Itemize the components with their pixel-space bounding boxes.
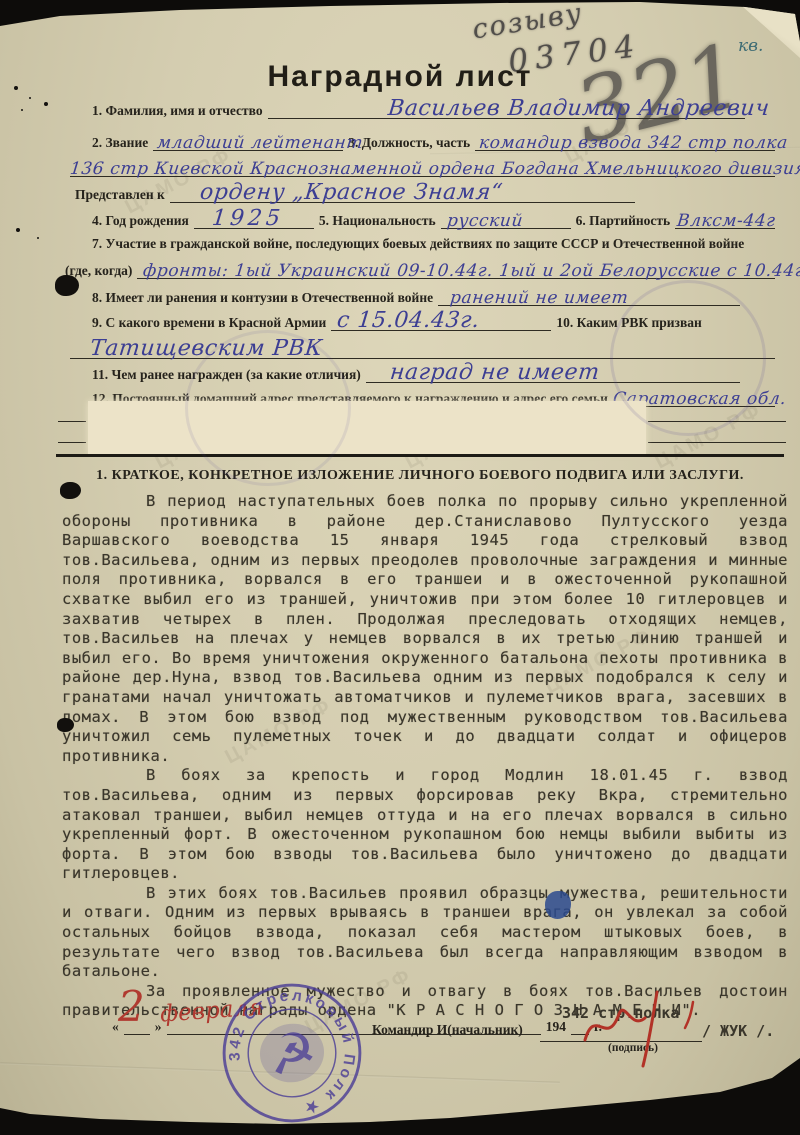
- field-label-war-participation: 7. Участие в гражданской войне, последую…: [92, 236, 778, 252]
- blank-line: [58, 420, 86, 422]
- award-citation-text: В период наступательных боев полка по пр…: [62, 492, 788, 1021]
- field-line: Влксм-44г: [675, 208, 775, 229]
- field-line: 136 стр Киевской Краснознаменной ордена …: [70, 156, 775, 177]
- form-row-fronts: (где, когда) фронты: 1ый Украинский 09-1…: [65, 258, 780, 279]
- handwritten-previous-awards: наград не имеет: [388, 360, 600, 385]
- field-label: 6. Партийность: [576, 213, 671, 229]
- handwritten-wounds: ранений не имеет: [449, 288, 629, 308]
- punch-hole: [57, 718, 74, 732]
- form-row-rank-position: 2. Звание младший лейтенант 3. Должность…: [92, 130, 780, 151]
- field-line: [124, 1014, 150, 1035]
- field-line: с 15.04.43г.: [331, 310, 551, 331]
- field-line: ордену „Красное Знамя“: [170, 182, 635, 203]
- handwritten-position: командир взвода 342 стр полка: [478, 133, 789, 153]
- ink-specks: [14, 86, 18, 90]
- form-row-division: 136 стр Киевской Краснознаменной ордена …: [65, 156, 780, 177]
- handwritten-name: Васильев Владимир Андреевич: [386, 96, 770, 121]
- handwritten-division: 136 стр Киевской Краснознаменной ордена …: [69, 159, 800, 179]
- faint-stamp-circle: [610, 280, 766, 436]
- blank-line: [648, 441, 786, 443]
- form-row-birth-nationality-party: 4. Год рождения 1925 5. Национальность р…: [92, 208, 780, 229]
- section-divider-rule: [56, 454, 784, 457]
- form-row-name: 1. Фамилия, имя и отчество Васильев Влад…: [92, 98, 750, 119]
- redacted-address-area: [88, 401, 646, 454]
- field-label: 8. Имеет ли ранения и контузии в Отечест…: [92, 290, 433, 306]
- quote-open: «: [112, 1019, 119, 1035]
- handwritten-fronts: фронты: 1ый Украинский 09-10.44г. 1ый и …: [142, 261, 800, 281]
- punch-hole: [55, 275, 79, 296]
- field-label: 3. Должность, часть: [348, 135, 470, 151]
- quote-close: »: [155, 1019, 162, 1035]
- field-line: фронты: 1ый Украинский 09-10.44г. 1ый и …: [137, 258, 775, 279]
- field-line: командир взвода 342 стр полка: [475, 130, 775, 151]
- handwritten-birth-year: 1925: [211, 206, 286, 231]
- award-paragraph: В период наступательных боев полка по пр…: [62, 492, 788, 766]
- hammer-and-sickle-icon: ☭: [263, 1020, 321, 1087]
- field-line: русский: [441, 208, 571, 229]
- document-title: Наградной лист: [0, 60, 800, 94]
- field-label: Представлен к: [75, 187, 165, 203]
- handwritten-service-date: с 15.04.43г.: [336, 308, 481, 333]
- field-label: 9. С какого времени в Красной Армии: [92, 315, 326, 331]
- commander-label: Командир И(начальник): [372, 1022, 523, 1038]
- signature-scribble: [575, 988, 715, 1078]
- award-paragraph: В этих боях тов.Васильев проявил образцы…: [62, 884, 788, 982]
- paper-sheet: ЦАМО РФ ЦАМО РФ ЦАМО РФ ЦАМО РФ ЦАМО РФ …: [0, 0, 800, 1135]
- award-sheet-document: ЦАМО РФ ЦАМО РФ ЦАМО РФ ЦАМО РФ ЦАМО РФ …: [0, 0, 800, 1135]
- handwritten-award: ордену „Красное Знамя“: [198, 180, 503, 205]
- blank-line: [58, 441, 86, 443]
- field-label: 4. Год рождения: [92, 213, 189, 229]
- faint-stamp-circle: [185, 330, 351, 486]
- field-line: Васильев Владимир Андреевич: [268, 98, 745, 119]
- handwritten-nationality: русский: [446, 211, 524, 231]
- handwritten-party: Влксм-44г: [676, 211, 777, 231]
- field-label: (где, когда): [65, 263, 132, 279]
- field-line: 1925: [194, 208, 314, 229]
- field-label: 1. Фамилия, имя и отчество: [92, 103, 263, 119]
- award-paragraph: В боях за крепость и город Модлин 18.01.…: [62, 766, 788, 884]
- field-line: младший лейтенант: [153, 130, 343, 151]
- corner-ink-note: кв.: [738, 36, 763, 56]
- form-row-presented: Представлен к ордену „Красное Знамя“: [75, 182, 640, 203]
- blue-ink-dot: [736, 1104, 751, 1120]
- field-label: 2. Звание: [92, 135, 148, 151]
- handwritten-rank: младший лейтенант: [156, 133, 364, 153]
- section-heading: 1. КРАТКОЕ, КОНКРЕТНОЕ ИЗЛОЖЕНИЕ ЛИЧНОГО…: [60, 468, 780, 484]
- field-label: 5. Национальность: [319, 213, 436, 229]
